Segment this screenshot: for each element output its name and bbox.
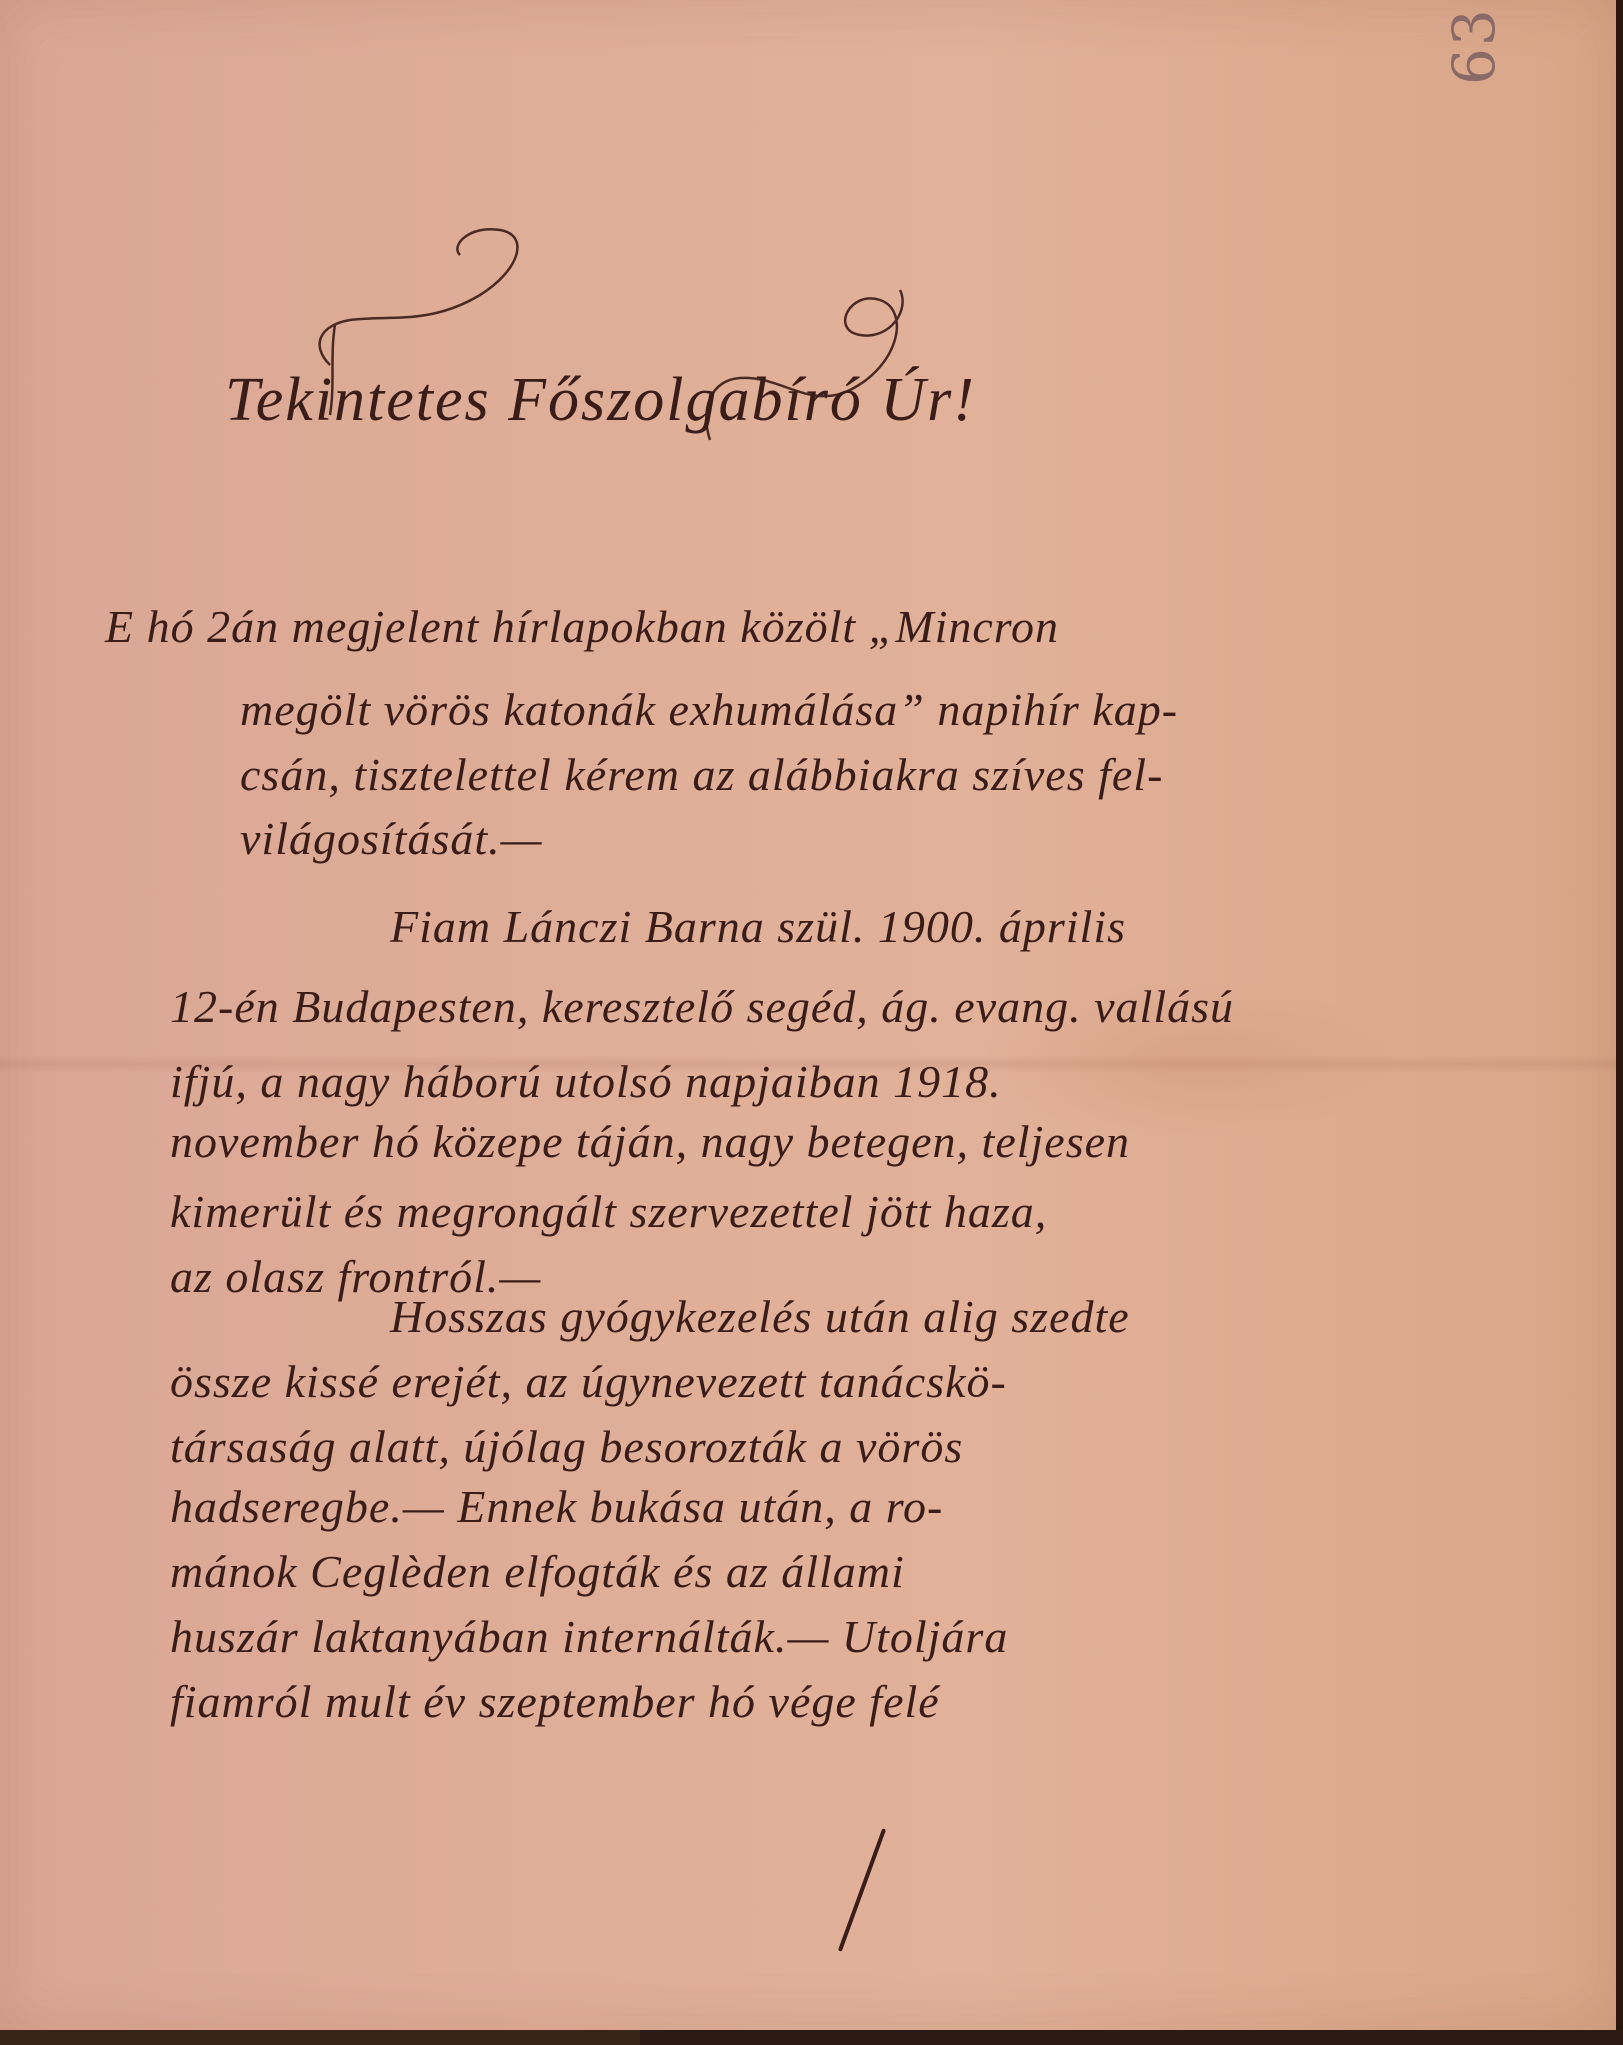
salutation: Tekintetes Főszolgabíró Úr!: [225, 365, 976, 436]
letter-line-4: világosítását.—: [240, 812, 543, 865]
letter-page: 63 Tekintetes Főszolgabíró Úr! E hó 2án …: [0, 0, 1616, 2030]
letter-line-11: Hosszas gyógykezelés után alig szedte: [390, 1290, 1130, 1343]
letter-line-14: hadseregbe.— Ennek bukása után, a ro-: [170, 1480, 943, 1533]
letter-line-7: ifjú, a nagy háború utolsó napjaiban 191…: [170, 1055, 1002, 1108]
letter-line-3: csán, tisztelettel kérem az alábbiakra s…: [240, 748, 1163, 801]
letter-line-1: E hó 2án megjelent hírlapokban közölt „M…: [105, 600, 1059, 653]
letter-line-13: társaság alatt, újólag besorozták a vörö…: [170, 1420, 963, 1473]
background-edge-right: [1616, 0, 1623, 2045]
letter-line-9: kimerült és megrongált szervezettel jött…: [170, 1185, 1047, 1238]
background-edge-bottom: [640, 2030, 1623, 2045]
letter-line-6: 12-én Budapesten, keresztelő segéd, ág. …: [170, 980, 1234, 1033]
page-continuation-mark: [838, 1828, 886, 1952]
letter-line-8: november hó közepe táján, nagy betegen, …: [170, 1115, 1130, 1168]
letter-line-15: mánok Ceglèden elfogták és az állami: [170, 1545, 905, 1598]
letter-line-5: Fiam Lánczi Barna szül. 1900. április: [390, 900, 1126, 953]
letter-line-2: megölt vörös katonák exhumálása” napihír…: [240, 683, 1178, 736]
archive-page-number: 63: [1440, 7, 1508, 85]
letter-line-17: fiamról mult év szeptember hó vége felé: [170, 1675, 940, 1728]
letter-line-16: huszár laktanyában internálták.— Utoljár…: [170, 1610, 1008, 1663]
letter-line-12: össze kissé erejét, az úgynevezett tanác…: [170, 1355, 1007, 1408]
